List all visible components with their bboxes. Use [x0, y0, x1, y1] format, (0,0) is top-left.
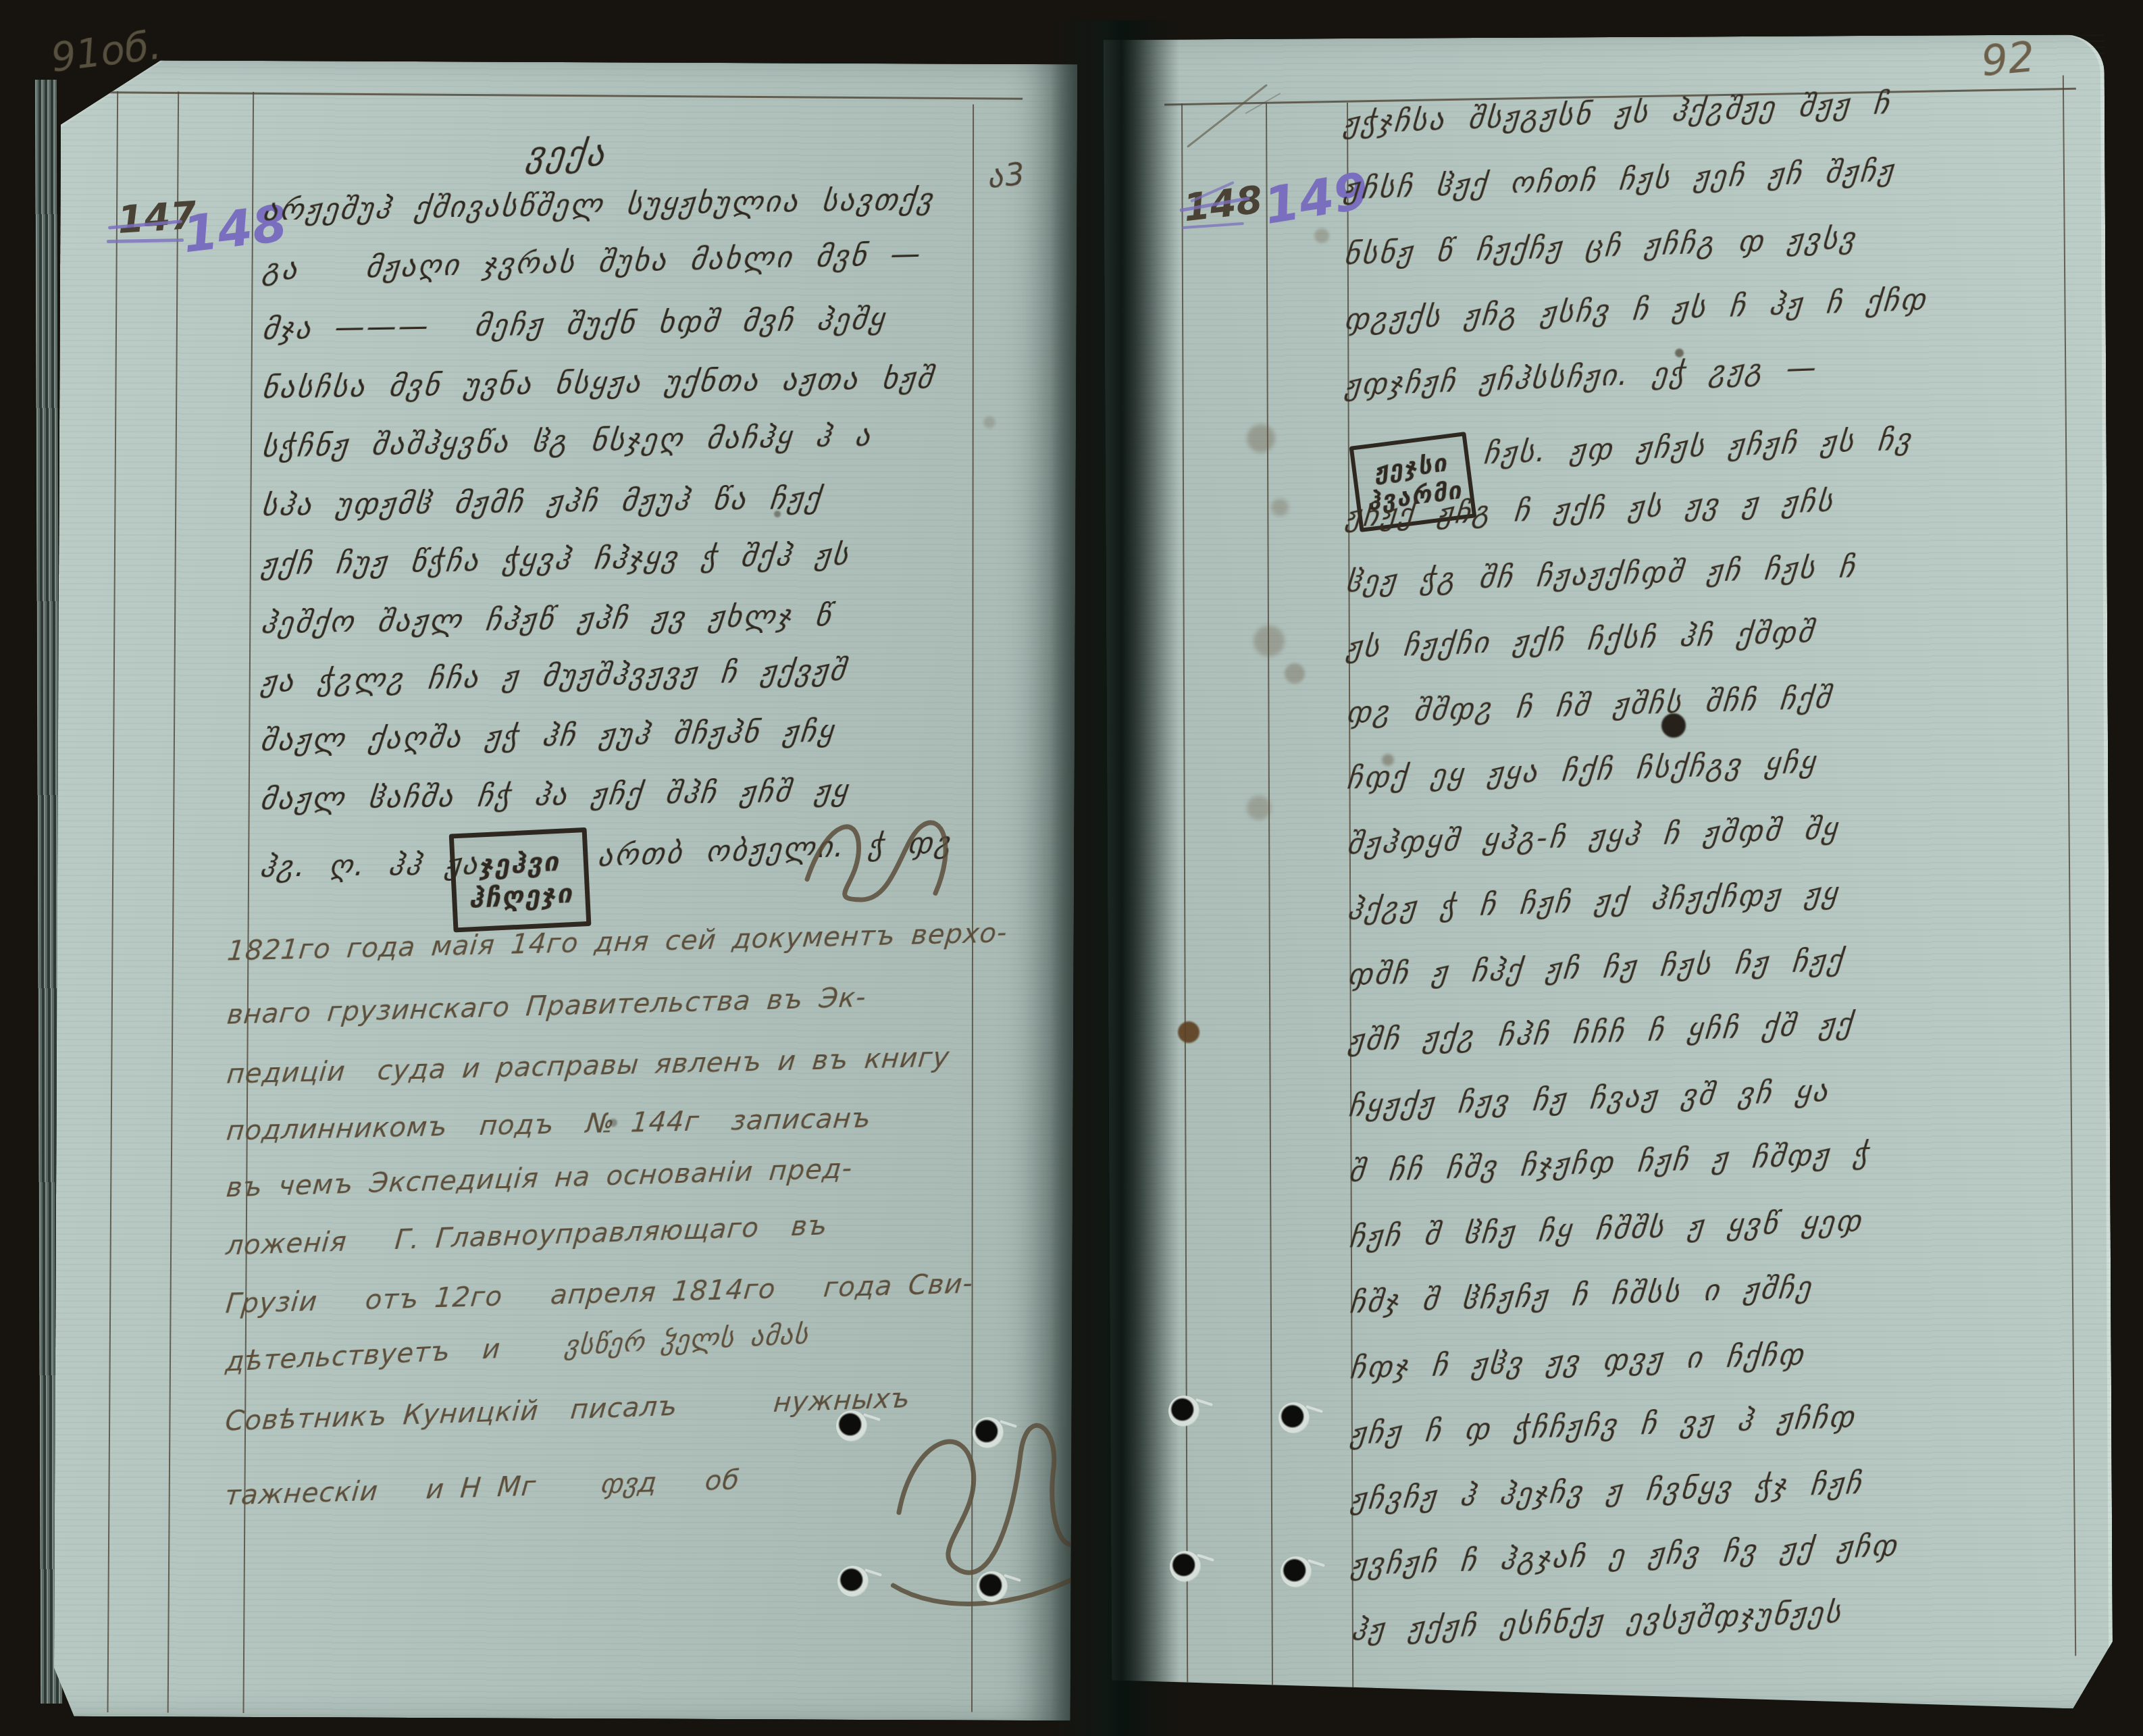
corner-note: ა3	[985, 155, 1028, 195]
text-line: გა მჟაღი ჯვრას შუხა მახლი მვნ —	[261, 237, 924, 287]
text-line: подлинникомъ подъ № 144г записанъ	[225, 1103, 873, 1147]
text-line: дѣтельствуетъ и ვსწერ ჴელს ამას	[224, 1319, 810, 1378]
text-line: ჟშჩ ჟქჷ ჩჰჩ ჩჩჩ ჩ ყჩჩ ქშ ჟქ	[1347, 1006, 1855, 1058]
text-line: ჩჟჩ შ ჱჩჟ ჩყ ჩშშს ჟ ყვწ ყეჶ	[1347, 1204, 1864, 1254]
registry-stamp: ჯეჰვი ჰჩღეჯი	[449, 827, 592, 933]
text-line: მაჟლ ჱაჩშა ჩჭ ჰა ჟჩქ შჰჩ ჟჩშ ჟყ	[259, 773, 852, 817]
text-line: სჰა უჶჟმჱ მჟმჩ ჟჰჩ მჟუჰ წა ჩჟქ	[260, 481, 824, 523]
russian-certification-block: 1821го года маiя 14го дня сей документъ …	[61, 60, 1077, 65]
georgian-text-block: არჟეშუჰ ქშივასწშელ სუყჟხულია სავთქვგა მჟ…	[61, 60, 1077, 65]
text-line: შაჟლ ქაღშა ჟჭ ჰჩ ჟუჰ შჩჟჰნ ჟჩყ	[259, 714, 837, 758]
text-line: შჟჰჶყშ ყჰგ-ჩ ჟყჰ ჩ ჟშჶშ შყ	[1345, 811, 1840, 861]
margin-line-2	[167, 91, 179, 1712]
text-line: ჶჷჟქს ჟჩგ ჟსჩვ ჩ ჟს ჩ ჰჟ ჩ ქჩჶ	[1343, 282, 1928, 337]
text-line: ჩჶჯ ჩ ჟჱვ ჟვ ჶვჟ ი ჩქჩჶ	[1348, 1337, 1807, 1385]
text-line: 1821го года маiя 14го дня сей документъ …	[226, 918, 1009, 967]
margin-line-2	[1266, 103, 1273, 1704]
text-line: ჰქჷჟ ჭ ჩ ჩჟჩ ჟქ ჰჩჟქჩჶჟ ჟყ	[1346, 876, 1840, 927]
folio-number-right: 92	[1979, 32, 2036, 86]
text-line: ჩშჯ შ ჱჩჟჩჟ ჩ ჩშსს ი ჟშჩე	[1348, 1270, 1814, 1320]
paper-texture	[1104, 34, 2113, 1714]
text-line: Совѣтникъ Куницкiй писалъ нужныхъ	[224, 1383, 912, 1437]
text-line: тажнескiи и Н Мг ჶვд об	[224, 1464, 741, 1511]
text-line: Грузiи отъ 12го апреля 1814го года Сви-	[224, 1269, 975, 1320]
text-line: ჟჩსჩ ჱჟქ ოჩთჩ ჩჟს ჟეჩ ჟჩ შჟჩჟ	[1342, 153, 1896, 206]
text-line: ჟს ჩჟქჩი ჟქჩ ჩქსჩ ჰჩ ქშჶშ	[1345, 615, 1817, 665]
text-line: ჩჶქ ეყ ჟყა ჩქჩ ჩსქჩგვ ყჩყ	[1345, 745, 1819, 796]
text-line: არჟეშუჰ ქშივასწშელ სუყჟხულია სავთქვ	[261, 182, 936, 228]
right-page: 92 148 149 ჟეჯსი ჰვარმი ჟჭჯჩსა შსჟგჟსნ ჟ…	[1104, 34, 2113, 1714]
text-line: ჟჩვჩჟ ჰ ჰეჯჩვ ჟ ჩვნყვ ჭჯ ჩჟჩ	[1349, 1466, 1865, 1516]
text-line: ჶჷ შშჶჷ ჩ ჩშ ჟშჩს შჩჩ ჩქშ	[1345, 680, 1834, 730]
text-line: მჯა ——— მეჩჟ შუქნ ხჶშ მვჩ ჰეშყ	[261, 302, 888, 347]
text-line: ჟჩჟ ჩ ჶ ჭჩჩჟჩვ ჩ ვჟ ჰ ჟჩჩჶ	[1349, 1400, 1857, 1451]
right-margin-line	[971, 105, 974, 1712]
text-line: ложенiя Г. Главноуправляющаго въ	[225, 1210, 829, 1261]
text-line: педицiи суда и расправы явленъ и въ книг…	[226, 1042, 952, 1090]
stamp-line: ჯეჰვი	[478, 846, 561, 882]
text-line: ჟა ჭჷლჷ ჩჩა ჟ მუჟშჰვჟვჟ ჩ ჟქვჟშ	[259, 653, 849, 700]
text-line: въ чемъ Экспедицiя на основанiи пред-	[225, 1153, 854, 1203]
text-line: ართბ ობჟელი. ჭ ჶჷ	[596, 825, 954, 873]
margin-line-3	[242, 92, 254, 1713]
stamp-line: ჰჩღეჯი	[468, 878, 574, 914]
text-line: ჟჭჯჩსა შსჟგჟსნ ჟს ჰქჷშჟე შჟჟ ჩ	[1342, 86, 1892, 141]
left-page: 147 148 ა3 ვექა არჟეშუჰ ქშივასწშელ სუყჟხ…	[54, 60, 1078, 1721]
text-line: ჟვჩჟჩ ჩ ჰგჯაჩ ე ჟჩვ ჩვ ჟქ ჟჩჶ	[1349, 1529, 1900, 1582]
text-line: სჭჩნჟ შაშჰყვწა ჱგ ნსჯეღ მაჩჰყ ჰ ა	[260, 418, 874, 464]
manuscript-scan: 147 148 ა3 ვექა არჟეშუჰ ქშივასწშელ სუყჟხ…	[0, 0, 2143, 1736]
page-header: ვექა	[524, 134, 609, 176]
margin-line-1	[1181, 103, 1188, 1704]
text-line: ჩყჟქჟ ჩჟვ ჩჟ ჩვაჟ ვშ ვჩ ყა	[1347, 1074, 1831, 1124]
text-line: ჱეჟ ჭგ შჩ ჩჟაჟქჩჶშ ჟჩ ჩჟს ჩ	[1344, 550, 1858, 600]
margin-line-1	[107, 91, 118, 1712]
text-line: внаго грузинскаго Правительства въ Эк-	[226, 982, 868, 1031]
text-line: ჰეშქო შაჟლ ჩჰჟწ ჟჰჩ ჟვ ჟხლჯ წ	[259, 598, 834, 640]
text-line: ჟჶჯჩჟჩ ჟჩჰსსჩჟი. ეჭ ჷჟგ —	[1343, 351, 1819, 403]
binding-gutter-shadow	[1051, 20, 1179, 1736]
text-line: ჰჷ. ღ. ჰჰ ჟა	[258, 847, 482, 884]
text-line: ნსნჟ წ ჩჟქჩჟ ცჩ ჟჩჩგ ჶ ჟვსვ	[1343, 221, 1859, 272]
georgian-text-block: ჟჭჯჩსა შსჟგჟსნ ჟს ჰქჷშჟე შჟჟ ჩჟჩსჩ ჱჟქ ო…	[1104, 34, 2105, 40]
text-line: ჩჟს. ჟჶ ჟჩჟს ჟჩჟჩ ჟს ჩვ	[1482, 422, 1913, 471]
top-rule	[57, 91, 1023, 100]
text-line: ჟქჩ ჩუჟ წჭჩა ჭყვჰ ჩჰჯყვ ჭ შქჰ ჟს	[259, 538, 852, 582]
right-margin-line	[2063, 75, 2076, 1656]
text-line: ჰჟ ჟქჟჩ ესჩნქჟ ევსჟშჶჯუნჟეს	[1350, 1595, 1844, 1648]
text-line: ნასჩსა მვნ უვნა ნსყჟა უქნთა აჟთა ხჟშ	[260, 361, 936, 405]
text-line: ჶშჩ ჟ ჩჰქ ჟჩ ჩჟ ჩჟს ჩჟ ჩჟქ	[1346, 943, 1846, 992]
entry-number-old: 148	[1181, 178, 1264, 230]
text-line: შ ჩჩ ჩშვ ჩჯჟჩჶ ჩჟჩ ჟ ჩშჶჟ ჭ	[1347, 1136, 1871, 1189]
